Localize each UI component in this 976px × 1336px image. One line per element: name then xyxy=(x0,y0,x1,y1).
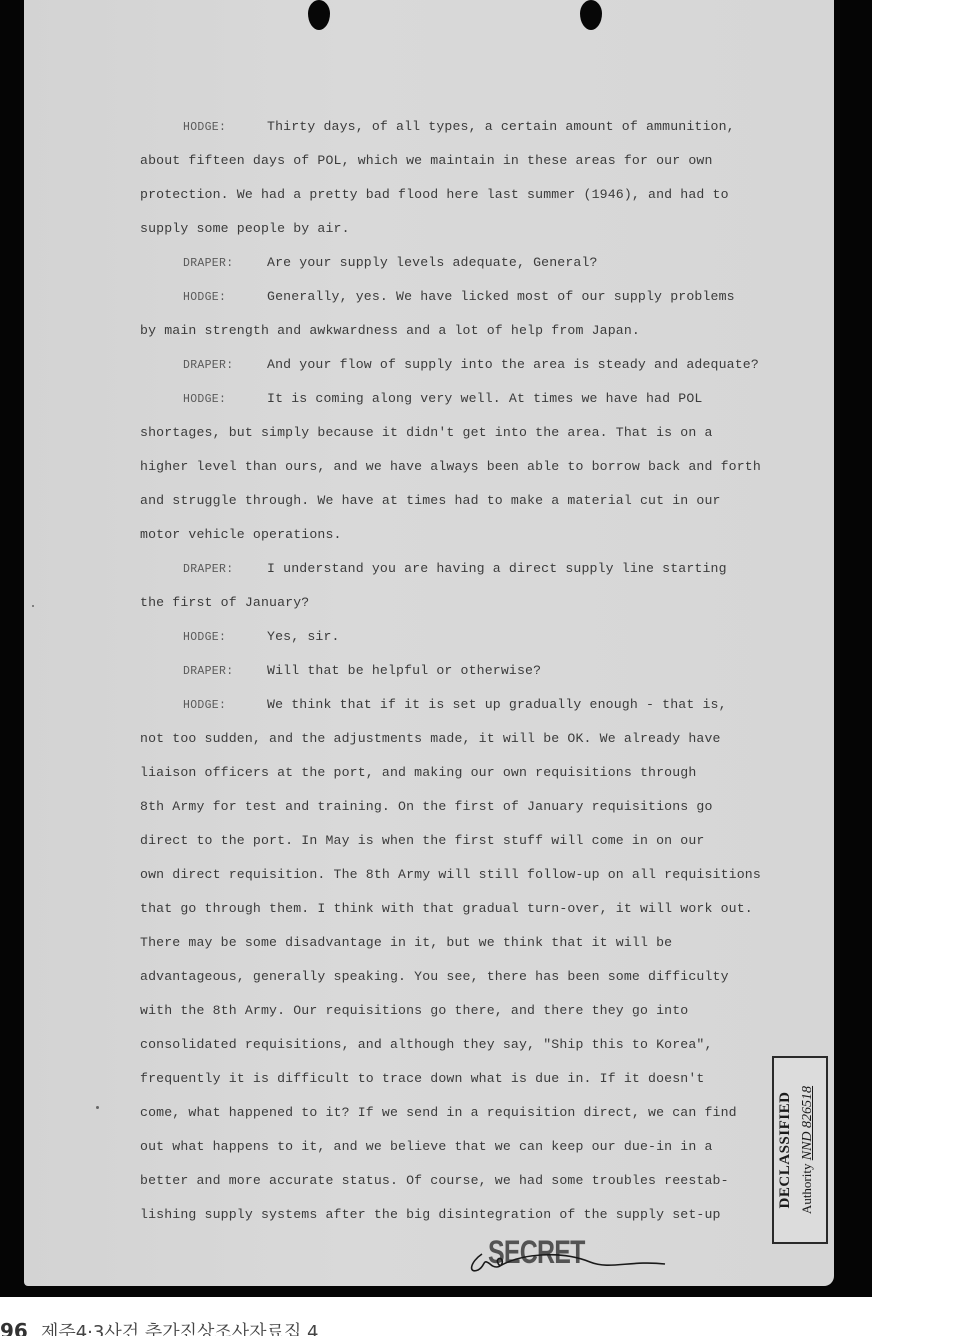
line-text: not too sudden, and the adjustments made… xyxy=(140,731,721,746)
book-footer: 96 제주4·3사건 추가진상조사자료집 4 xyxy=(0,1318,319,1336)
speaker-label: DRAPER: xyxy=(183,555,267,585)
line-text: And your flow of supply into the area is… xyxy=(267,357,759,372)
line-text: 8th Army for test and training. On the f… xyxy=(140,799,713,814)
line-text: direct to the port. In May is when the f… xyxy=(140,833,704,848)
speaker-line: HODGE:Yes, sir. xyxy=(140,622,800,656)
speaker-label: DRAPER: xyxy=(183,657,267,687)
continuation-line: own direct requisition. The 8th Army wil… xyxy=(140,860,800,894)
line-text: come, what happened to it? If we send in… xyxy=(140,1105,737,1120)
speaker-label: DRAPER: xyxy=(183,351,267,381)
line-text: Are your supply levels adequate, General… xyxy=(267,255,598,270)
speaker-line: DRAPER:Are your supply levels adequate, … xyxy=(140,248,800,282)
line-text: that go through them. I think with that … xyxy=(140,901,753,916)
stamp-authority: Authority NND 826518 xyxy=(796,1060,819,1240)
line-text: There may be some disadvantage in it, bu… xyxy=(140,935,672,950)
speaker-line: HODGE:It is coming along very well. At t… xyxy=(140,384,800,418)
continuation-line: the first of January? xyxy=(140,588,800,622)
stamp-title: DECLASSIFIED xyxy=(774,1060,796,1240)
line-text: and struggle through. We have at times h… xyxy=(140,493,721,508)
speaker-line: HODGE:Thirty days, of all types, a certa… xyxy=(140,112,800,146)
speaker-label: HODGE: xyxy=(183,283,267,313)
continuation-line: come, what happened to it? If we send in… xyxy=(140,1098,800,1132)
continuation-line: liaison officers at the port, and making… xyxy=(140,758,800,792)
line-text: Generally, yes. We have licked most of o… xyxy=(267,289,735,304)
line-text: Yes, sir. xyxy=(267,629,340,644)
continuation-line: 8th Army for test and training. On the f… xyxy=(140,792,800,826)
punch-hole-left xyxy=(308,0,330,30)
line-text: Thirty days, of all types, a certain amo… xyxy=(267,119,735,134)
declassified-stamp: DECLASSIFIED Authority NND 826518 xyxy=(772,1056,828,1244)
line-text: own direct requisition. The 8th Army wil… xyxy=(140,867,761,882)
continuation-line: direct to the port. In May is when the f… xyxy=(140,826,800,860)
continuation-line: motor vehicle operations. xyxy=(140,520,800,554)
continuation-line: and struggle through. We have at times h… xyxy=(140,486,800,520)
continuation-line: by main strength and awkwardness and a l… xyxy=(140,316,800,350)
line-text: protection. We had a pretty bad flood he… xyxy=(140,187,729,202)
speaker-label: HODGE: xyxy=(183,623,267,653)
continuation-line: protection. We had a pretty bad flood he… xyxy=(140,180,800,214)
continuation-line: consolidated requisitions, and although … xyxy=(140,1030,800,1064)
line-text: Will that be helpful or otherwise? xyxy=(267,663,541,678)
speaker-label: HODGE: xyxy=(183,691,267,721)
scan-speck xyxy=(32,605,34,607)
line-text: consolidated requisitions, and although … xyxy=(140,1037,713,1052)
continuation-line: that go through them. I think with that … xyxy=(140,894,800,928)
stamp-authority-label: Authority xyxy=(799,1164,814,1215)
line-text: better and more accurate status. Of cour… xyxy=(140,1173,729,1188)
continuation-line: out what happens to it, and we believe t… xyxy=(140,1132,800,1166)
continuation-line: about fifteen days of POL, which we main… xyxy=(140,146,800,180)
scan-speck xyxy=(96,1106,99,1109)
continuation-line: advantageous, generally speaking. You se… xyxy=(140,962,800,996)
line-text: shortages, but simply because it didn't … xyxy=(140,425,713,440)
speaker-line: DRAPER:Will that be helpful or otherwise… xyxy=(140,656,800,690)
transcript-body: HODGE:Thirty days, of all types, a certa… xyxy=(140,112,800,1234)
line-text: higher level than ours, and we have alwa… xyxy=(140,459,761,474)
line-text: I understand you are having a direct sup… xyxy=(267,561,727,576)
speaker-line: DRAPER:And your flow of supply into the … xyxy=(140,350,800,384)
page-number: 96 xyxy=(0,1319,28,1336)
line-text: liaison officers at the port, and making… xyxy=(140,765,696,780)
signature-scribble xyxy=(460,1240,670,1280)
continuation-line: better and more accurate status. Of cour… xyxy=(140,1166,800,1200)
line-text: by main strength and awkwardness and a l… xyxy=(140,323,640,338)
line-text: lishing supply systems after the big dis… xyxy=(140,1207,721,1222)
speaker-line: HODGE:Generally, yes. We have licked mos… xyxy=(140,282,800,316)
continuation-line: shortages, but simply because it didn't … xyxy=(140,418,800,452)
speaker-label: HODGE: xyxy=(183,113,267,143)
continuation-line: lishing supply systems after the big dis… xyxy=(140,1200,800,1234)
line-text: supply some people by air. xyxy=(140,221,350,236)
line-text: motor vehicle operations. xyxy=(140,527,342,542)
line-text: frequently it is difficult to trace down… xyxy=(140,1071,704,1086)
continuation-line: frequently it is difficult to trace down… xyxy=(140,1064,800,1098)
line-text: about fifteen days of POL, which we main… xyxy=(140,153,713,168)
line-text: We think that if it is set up gradually … xyxy=(267,697,727,712)
line-text: advantageous, generally speaking. You se… xyxy=(140,969,729,984)
continuation-line: not too sudden, and the adjustments made… xyxy=(140,724,800,758)
continuation-line: with the 8th Army. Our requisitions go t… xyxy=(140,996,800,1030)
stamp-authority-number: NND 826518 xyxy=(800,1086,815,1160)
speaker-label: HODGE: xyxy=(183,385,267,415)
speaker-line: HODGE:We think that if it is set up grad… xyxy=(140,690,800,724)
line-text: the first of January? xyxy=(140,595,309,610)
continuation-line: higher level than ours, and we have alwa… xyxy=(140,452,800,486)
speaker-label: DRAPER: xyxy=(183,249,267,279)
line-text: It is coming along very well. At times w… xyxy=(267,391,702,406)
speaker-line: DRAPER:I understand you are having a dir… xyxy=(140,554,800,588)
continuation-line: There may be some disadvantage in it, bu… xyxy=(140,928,800,962)
continuation-line: supply some people by air. xyxy=(140,214,800,248)
punch-hole-right xyxy=(580,0,602,30)
line-text: with the 8th Army. Our requisitions go t… xyxy=(140,1003,688,1018)
book-title: 제주4·3사건 추가진상조사자료집 4 xyxy=(41,1322,319,1336)
line-text: out what happens to it, and we believe t… xyxy=(140,1139,713,1154)
